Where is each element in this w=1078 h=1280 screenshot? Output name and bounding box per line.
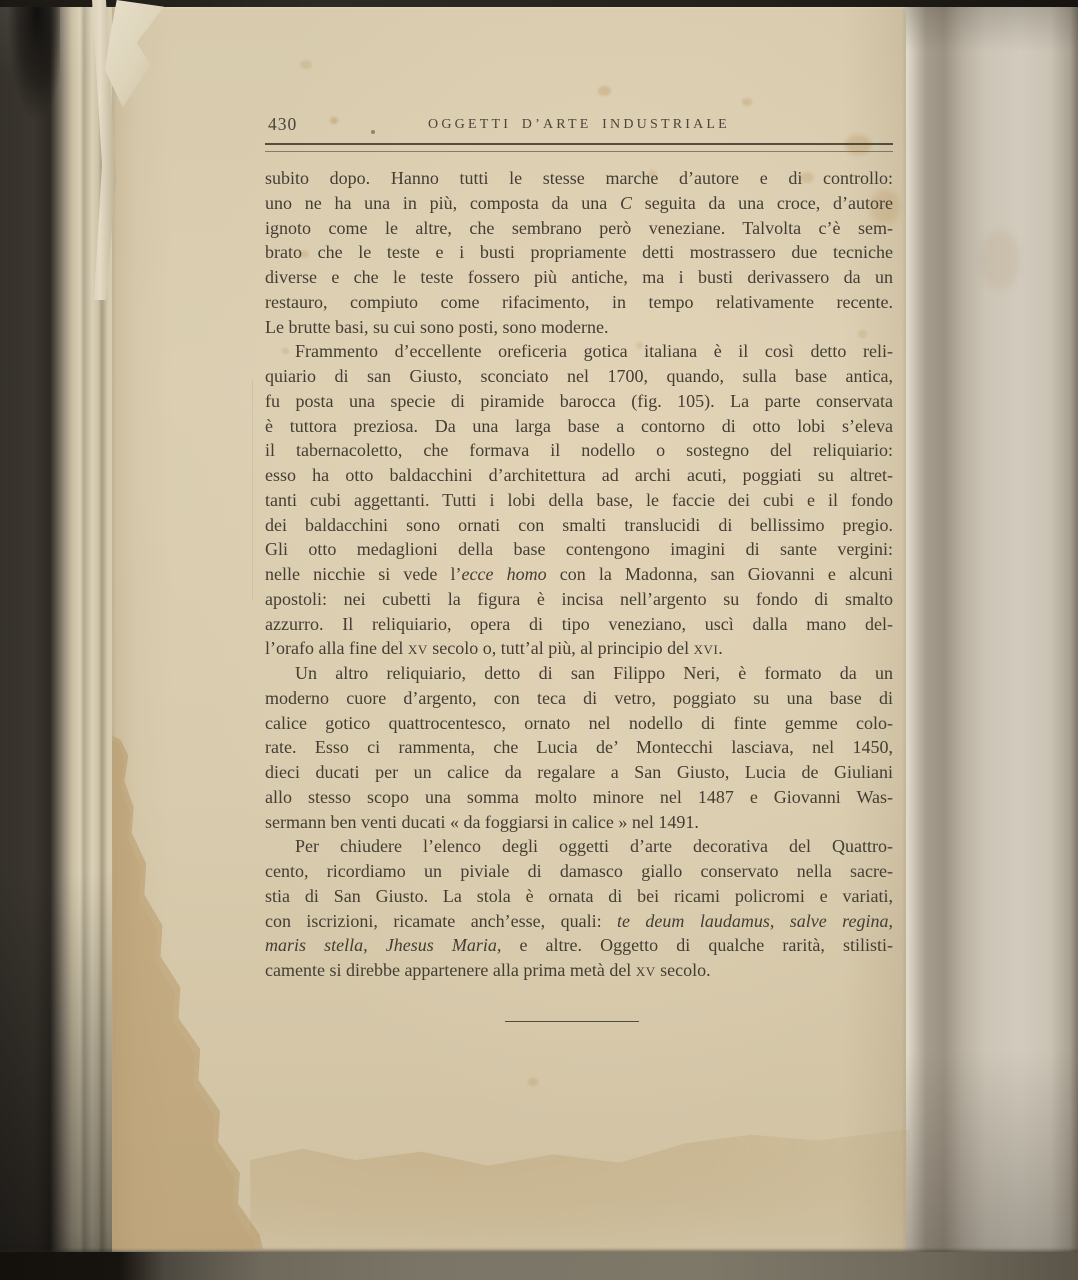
- text-line: è tuttora preziosa. Da una larga base a …: [265, 414, 893, 439]
- right-page-edge: [900, 0, 1078, 1280]
- text-line: tanti cubi aggettanti. Tutti i lobi dell…: [265, 488, 893, 513]
- text-line: fu posta una specie di piramide barocca …: [265, 389, 893, 414]
- text-block: 430 OGGETTI D’ARTE INDUSTRIALE subito do…: [265, 112, 893, 983]
- text-line: azzurro. Il reliquiario, opera di tipo v…: [265, 612, 893, 637]
- text-line: allo stesso scopo una somma molto minore…: [265, 785, 893, 810]
- running-title: OGGETTI D’ARTE INDUSTRIALE: [265, 117, 893, 133]
- text-line: Per chiudere l’elenco degli oggetti d’ar…: [265, 834, 893, 859]
- header-rule: [265, 143, 893, 152]
- text-line: sermann ben venti ducati « da foggiarsi …: [265, 810, 893, 835]
- text-line: il tabernacoletto, che formava il nodell…: [265, 438, 893, 463]
- text-line: restauro, compiuto come rifacimento, in …: [265, 290, 893, 315]
- text-line: uno ne ha una in più, composta da una C …: [265, 191, 893, 216]
- torn-paper-flap: [78, 0, 188, 125]
- text-line: con iscrizioni, ricamate anch’esse, qual…: [265, 909, 893, 934]
- section-divider: [505, 1021, 639, 1022]
- text-line: dieci ducati per un calice da regalare a…: [265, 760, 893, 785]
- text-line: Le brutte basi, su cui sono posti, sono …: [265, 315, 893, 340]
- text-line: Frammento d’eccellente oreficeria gotica…: [265, 339, 893, 364]
- text-line: l’orafo alla fine del xv secolo o, tutt’…: [265, 636, 893, 661]
- text-line: stia di San Giusto. La stola è ornata di…: [265, 884, 893, 909]
- text-line: brato che le teste e i busti propriament…: [265, 240, 893, 265]
- text-line: maris stella, Jhesus Maria, e altre. Ogg…: [265, 933, 893, 958]
- text-line: esso ha otto baldacchini d’architettura …: [265, 463, 893, 488]
- text-line: apostoli: nei cubetti la figura è incisa…: [265, 587, 893, 612]
- running-header: 430 OGGETTI D’ARTE INDUSTRIALE: [265, 112, 893, 136]
- text-line: quiario di san Giusto, sconciato nel 170…: [265, 364, 893, 389]
- body-text: subito dopo. Hanno tutti le stesse march…: [265, 166, 893, 983]
- text-line: nelle nicchie si vede l’ecce homo con la…: [265, 562, 893, 587]
- text-line: Un altro reliquiario, detto di san Filip…: [265, 661, 893, 686]
- page-crease: [252, 380, 253, 600]
- text-line: calice gotico quattrocentesco, ornato ne…: [265, 711, 893, 736]
- text-line: diverse e che le teste fossero più antic…: [265, 265, 893, 290]
- text-line: cento, ricordiamo un piviale di damasco …: [265, 859, 893, 884]
- text-line: camente si direbbe appartenere alla prim…: [265, 958, 893, 983]
- scanned-book-page: 430 OGGETTI D’ARTE INDUSTRIALE subito do…: [0, 0, 1078, 1280]
- text-line: Gli otto medaglioni della base contengon…: [265, 537, 893, 562]
- text-line: moderno cuore d’argento, con teca di vet…: [265, 686, 893, 711]
- text-line: ignoto come le altre, che sembrano però …: [265, 216, 893, 241]
- text-line: dei baldacchini sono ornati con smalti t…: [265, 513, 893, 538]
- text-line: subito dopo. Hanno tutti le stesse march…: [265, 166, 893, 191]
- text-line: rate. Esso ci rammenta, che Lucia de’ Mo…: [265, 735, 893, 760]
